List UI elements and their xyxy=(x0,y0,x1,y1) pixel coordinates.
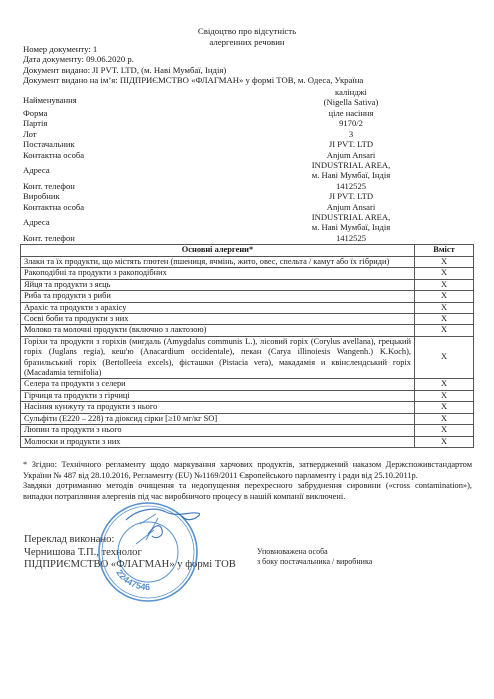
allergen-value: X xyxy=(415,413,474,424)
table-header-row: Основні алергени* Вміст xyxy=(21,245,474,257)
value-manufacturer: JI PVT. LTD xyxy=(223,191,479,201)
allergen-value: X xyxy=(415,291,474,302)
header-content: Вміст xyxy=(415,245,474,257)
value-name-line-1: калінджі xyxy=(223,87,479,97)
row-supplier: Постачальник JI PVT. LTD xyxy=(23,139,477,149)
table-row: Соєві боби та продукти з нихX xyxy=(21,314,474,325)
label-batch: Партія xyxy=(23,118,213,128)
allergen-name: Яйця та продукти з яєць xyxy=(21,279,415,290)
row-supplier-contact: Контактна особа Anjum Ansari xyxy=(23,150,477,160)
row-manufacturer-contact: Контактна особа Anjum Ansari xyxy=(23,202,477,212)
value-manufacturer-phone: 1412525 xyxy=(223,233,479,243)
authorized-line-1: Уповноважена особа xyxy=(257,547,372,557)
label-manufacturer: Виробник xyxy=(23,191,213,201)
table-row: Сульфіти (E220 – 228) та діоксид сірки [… xyxy=(21,413,474,424)
company-stamp-icon: 22447546 xyxy=(96,500,200,604)
allergen-name: Молюски и продукти з них xyxy=(21,436,415,447)
table-row: Селера та продукти з селериX xyxy=(21,379,474,390)
allergen-value: X xyxy=(415,279,474,290)
value-supplier: JI PVT. LTD xyxy=(223,139,479,149)
table-row: Насіння кунжуту та продукти з ньогоX xyxy=(21,402,474,413)
value-form: ціле насіння xyxy=(223,108,479,118)
table-row: Ракоподібні та продукти з ракоподібнихX xyxy=(21,268,474,279)
label-lot: Лот xyxy=(23,129,213,139)
label-name: Найменування xyxy=(23,89,213,105)
supplier-address-line-1: INDUSTRIAL AREA, xyxy=(223,160,479,170)
row-lot: Лот 3 xyxy=(23,129,477,139)
value-supplier-address: INDUSTRIAL AREA, м. Наві Мумбаї, Індія xyxy=(223,160,479,181)
row-batch: Партія 9170/2 xyxy=(23,118,477,128)
doc-date: Дата документу: 09.06.2020 р. xyxy=(23,54,363,64)
certificate-page: Свідоцтво про відсутність алергенних реч… xyxy=(0,0,494,699)
label-manufacturer-phone: Конт. телефон xyxy=(23,233,213,243)
allergen-name: Риба та продукти з риби xyxy=(21,291,415,302)
row-form: Форма ціле насіння xyxy=(23,108,477,118)
document-meta: Номер документу: 1 Дата документу: 09.06… xyxy=(23,44,363,86)
table-row: Злаки та їх продукти, що містять глютен … xyxy=(21,257,474,268)
row-manufacturer-phone: Конт. телефон 1412525 xyxy=(23,233,477,243)
row-manufacturer: Виробник JI PVT. LTD xyxy=(23,191,477,201)
label-supplier-phone: Конт. телефон xyxy=(23,181,213,191)
row-supplier-address: Адреса INDUSTRIAL AREA, м. Наві Мумбаї, … xyxy=(23,160,477,181)
product-details: Найменування калінджі (Nigella Sativa) Ф… xyxy=(23,87,477,243)
label-supplier-address: Адреса xyxy=(23,165,213,175)
footnote: * Згідно: Технічного регламенту щодо мар… xyxy=(23,460,472,502)
allergen-name: Молоко та молочні продукти (включно з ла… xyxy=(21,325,415,336)
allergen-name: Соєві боби та продукти з них xyxy=(21,314,415,325)
allergen-value: X xyxy=(415,379,474,390)
issued-to: Документ видано на ім’я: ПІДПРИЄМСТВО «Ф… xyxy=(23,75,363,85)
value-supplier-contact: Anjum Ansari xyxy=(223,150,479,160)
allergen-name: Ракоподібні та продукти з ракоподібних xyxy=(21,268,415,279)
table-row: Люпин та продукти з ньогоX xyxy=(21,425,474,436)
authorized-person-block: Уповноважена особа з боку постачальника … xyxy=(257,547,372,567)
table-row: Яйця та продукти з яєцьX xyxy=(21,279,474,290)
allergen-name: Гірчиця та продукти з гірчиці xyxy=(21,390,415,401)
footnote-regulation: * Згідно: Технічного регламенту щодо мар… xyxy=(23,460,472,481)
allergen-name: Селера та продукти з селери xyxy=(21,379,415,390)
allergen-value: X xyxy=(415,302,474,313)
label-supplier-contact: Контактна особа xyxy=(23,150,213,160)
allergen-value: X xyxy=(415,390,474,401)
label-manufacturer-contact: Контактна особа xyxy=(23,202,213,212)
value-manufacturer-contact: Anjum Ansari xyxy=(223,202,479,212)
allergens-table: Основні алергени* Вміст Злаки та їх прод… xyxy=(20,244,474,448)
allergen-name: Арахіс та продукти з арахісу xyxy=(21,302,415,313)
allergen-value: X xyxy=(415,325,474,336)
authorized-line-2: з боку постачальника / виробника xyxy=(257,557,372,567)
table-row: Арахіс та продукти з арахісуX xyxy=(21,302,474,313)
allergen-value: X xyxy=(415,257,474,268)
table-row: Гірчиця та продукти з гірчиціX xyxy=(21,390,474,401)
table-row: Горіхи та продукти з горіхів (мигдаль (A… xyxy=(21,336,474,379)
supplier-address-line-2: м. Наві Мумбаї, Індія xyxy=(223,170,479,180)
allergen-name: Сульфіти (E220 – 228) та діоксид сірки [… xyxy=(21,413,415,424)
table-row: Молоко та молочні продукти (включно з ла… xyxy=(21,325,474,336)
footnote-cross-contamination: Завдяки дотриманню методів очищення та н… xyxy=(23,481,472,502)
allergen-value: X xyxy=(415,336,474,379)
value-name: калінджі (Nigella Sativa) xyxy=(223,87,479,108)
allergen-value: X xyxy=(415,314,474,325)
allergen-value: X xyxy=(415,425,474,436)
value-manufacturer-address: INDUSTRIAL AREA, м. Наві Мумбаї, Індія xyxy=(223,212,479,233)
table-row: Риба та продукти з рибиX xyxy=(21,291,474,302)
value-lot: 3 xyxy=(223,129,479,139)
manufacturer-address-line-1: INDUSTRIAL AREA, xyxy=(223,212,479,222)
value-supplier-phone: 1412525 xyxy=(223,181,479,191)
title-line-1: Свідоцтво про відсутність xyxy=(0,26,494,37)
label-form: Форма xyxy=(23,108,213,118)
doc-number: Номер документу: 1 xyxy=(23,44,363,54)
value-batch: 9170/2 xyxy=(223,118,479,128)
manufacturer-address-line-2: м. Наві Мумбаї, Індія xyxy=(223,222,479,232)
issued-by: Документ видано: JI PVT. LTD, (м. Наві М… xyxy=(23,65,363,75)
allergen-name: Злаки та їх продукти, що містять глютен … xyxy=(21,257,415,268)
header-allergens: Основні алергени* xyxy=(21,245,415,257)
allergen-value: X xyxy=(415,402,474,413)
label-supplier: Постачальник xyxy=(23,139,213,149)
row-supplier-phone: Конт. телефон 1412525 xyxy=(23,181,477,191)
row-manufacturer-address: Адреса INDUSTRIAL AREA, м. Наві Мумбаї, … xyxy=(23,212,477,233)
allergen-name: Насіння кунжуту та продукти з нього xyxy=(21,402,415,413)
value-name-line-2: (Nigella Sativa) xyxy=(223,97,479,107)
allergen-name: Горіхи та продукти з горіхів (мигдаль (A… xyxy=(21,336,415,379)
row-name: Найменування калінджі (Nigella Sativa) xyxy=(23,87,477,108)
table-row: Молюски и продукти з нихX xyxy=(21,436,474,447)
allergen-value: X xyxy=(415,436,474,447)
allergen-value: X xyxy=(415,268,474,279)
allergen-name: Люпин та продукти з нього xyxy=(21,425,415,436)
label-manufacturer-address: Адреса xyxy=(23,217,213,227)
